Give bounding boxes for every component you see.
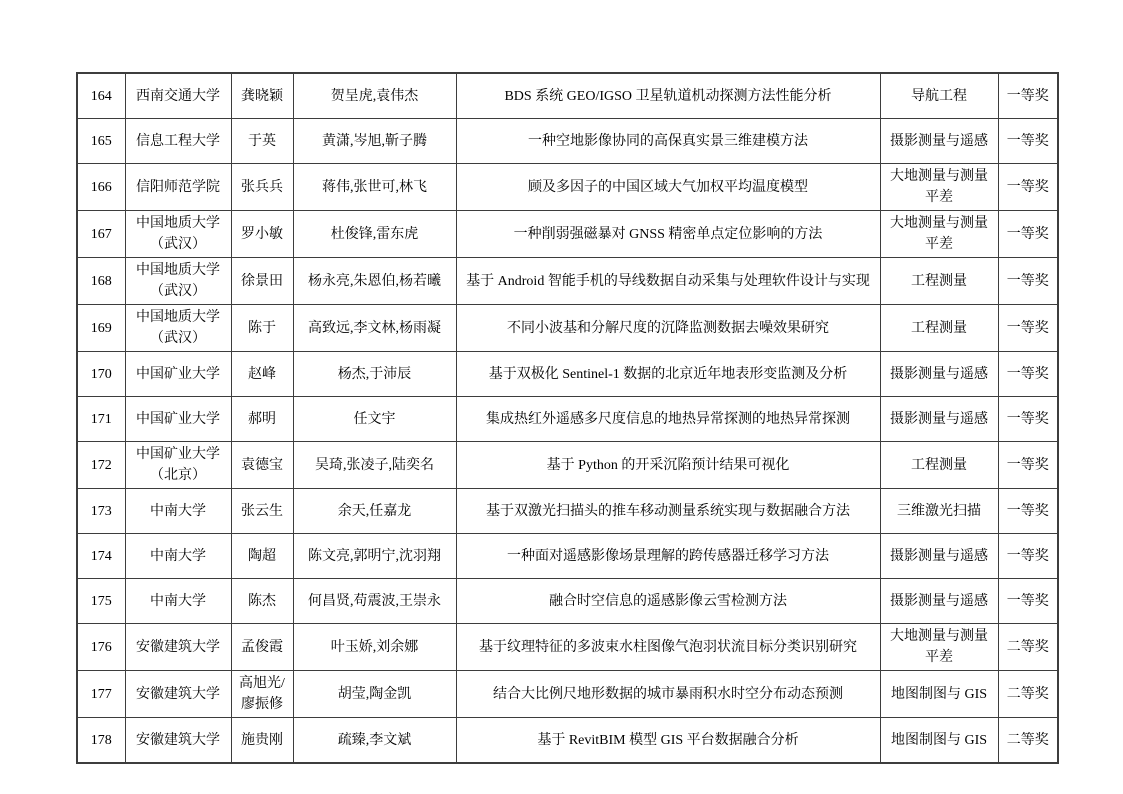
table-row: 175 中南大学 陈杰 何昌贤,苟震波,王崇永 融合时空信息的遥感影像云雪检测方… (77, 579, 1058, 624)
cell-award-level: 一等奖 (998, 442, 1058, 489)
cell-entry-number: 176 (77, 624, 125, 671)
cell-category: 摄影测量与遥感 (880, 352, 998, 397)
cell-university: 西南交通大学 (125, 73, 231, 119)
cell-category: 地图制图与 GIS (880, 671, 998, 718)
awards-table: 164 西南交通大学 龚晓颖 贺呈虎,袁伟杰 BDS 系统 GEO/IGSO 卫… (76, 72, 1059, 764)
cell-entry-number: 174 (77, 534, 125, 579)
cell-project-title: 集成热红外遥感多尺度信息的地热异常探测的地热异常探测 (456, 397, 880, 442)
table-row: 168 中国地质大学 （武汉） 徐景田 杨永亮,朱恩伯,杨若曦 基于 Andro… (77, 258, 1058, 305)
cell-award-level: 二等奖 (998, 718, 1058, 764)
cell-team-members: 贺呈虎,袁伟杰 (293, 73, 456, 119)
cell-team-members: 高致远,李文林,杨雨凝 (293, 305, 456, 352)
cell-university: 中南大学 (125, 489, 231, 534)
cell-project-title: 结合大比例尺地形数据的城市暴雨积水时空分布动态预测 (456, 671, 880, 718)
cell-category: 大地测量与测量 平差 (880, 624, 998, 671)
cell-team-members: 杨永亮,朱恩伯,杨若曦 (293, 258, 456, 305)
table-row: 166 信阳师范学院 张兵兵 蒋伟,张世可,林飞 顾及多因子的中国区域大气加权平… (77, 164, 1058, 211)
cell-project-title: 基于双激光扫描头的推车移动测量系统实现与数据融合方法 (456, 489, 880, 534)
cell-university: 中南大学 (125, 579, 231, 624)
cell-entry-number: 170 (77, 352, 125, 397)
cell-leader-name: 罗小敏 (231, 211, 293, 258)
cell-university: 安徽建筑大学 (125, 624, 231, 671)
cell-award-level: 一等奖 (998, 73, 1058, 119)
cell-leader-name: 龚晓颖 (231, 73, 293, 119)
cell-category: 工程测量 (880, 305, 998, 352)
cell-project-title: 基于 RevitBIM 模型 GIS 平台数据融合分析 (456, 718, 880, 764)
cell-leader-name: 高旭光/ 廖振修 (231, 671, 293, 718)
cell-entry-number: 172 (77, 442, 125, 489)
cell-award-level: 二等奖 (998, 624, 1058, 671)
cell-project-title: 不同小波基和分解尺度的沉降监测数据去噪效果研究 (456, 305, 880, 352)
cell-category: 地图制图与 GIS (880, 718, 998, 764)
awards-table-body: 164 西南交通大学 龚晓颖 贺呈虎,袁伟杰 BDS 系统 GEO/IGSO 卫… (77, 73, 1058, 763)
cell-award-level: 一等奖 (998, 305, 1058, 352)
cell-project-title: 一种面对遥感影像场景理解的跨传感器迁移学习方法 (456, 534, 880, 579)
cell-team-members: 吴琦,张凌子,陆奕名 (293, 442, 456, 489)
cell-category: 摄影测量与遥感 (880, 119, 998, 164)
cell-leader-name: 张云生 (231, 489, 293, 534)
cell-category: 导航工程 (880, 73, 998, 119)
cell-award-level: 二等奖 (998, 671, 1058, 718)
cell-university: 中国地质大学 （武汉） (125, 211, 231, 258)
cell-leader-name: 陈于 (231, 305, 293, 352)
table-row: 171 中国矿业大学 郝明 任文宇 集成热红外遥感多尺度信息的地热异常探测的地热… (77, 397, 1058, 442)
cell-project-title: 一种削弱强磁暴对 GNSS 精密单点定位影响的方法 (456, 211, 880, 258)
cell-leader-name: 于英 (231, 119, 293, 164)
cell-leader-name: 孟俊霞 (231, 624, 293, 671)
cell-entry-number: 167 (77, 211, 125, 258)
cell-leader-name: 施贵刚 (231, 718, 293, 764)
cell-award-level: 一等奖 (998, 579, 1058, 624)
cell-category: 摄影测量与遥感 (880, 579, 998, 624)
cell-leader-name: 赵峰 (231, 352, 293, 397)
cell-team-members: 杜俊锋,雷东虎 (293, 211, 456, 258)
cell-project-title: 基于双极化 Sentinel-1 数据的北京近年地表形变监测及分析 (456, 352, 880, 397)
cell-project-title: 一种空地影像协同的高保真实景三维建模方法 (456, 119, 880, 164)
table-row: 167 中国地质大学 （武汉） 罗小敏 杜俊锋,雷东虎 一种削弱强磁暴对 GNS… (77, 211, 1058, 258)
cell-entry-number: 164 (77, 73, 125, 119)
cell-category: 工程测量 (880, 442, 998, 489)
cell-university: 中国地质大学 （武汉） (125, 258, 231, 305)
cell-entry-number: 171 (77, 397, 125, 442)
cell-university: 信息工程大学 (125, 119, 231, 164)
cell-team-members: 黄潇,岑旭,靳子腾 (293, 119, 456, 164)
cell-team-members: 蒋伟,张世可,林飞 (293, 164, 456, 211)
cell-leader-name: 袁德宝 (231, 442, 293, 489)
cell-leader-name: 陶超 (231, 534, 293, 579)
table-row: 165 信息工程大学 于英 黄潇,岑旭,靳子腾 一种空地影像协同的高保真实景三维… (77, 119, 1058, 164)
cell-university: 安徽建筑大学 (125, 671, 231, 718)
table-row: 170 中国矿业大学 赵峰 杨杰,于沛辰 基于双极化 Sentinel-1 数据… (77, 352, 1058, 397)
cell-university: 中国矿业大学 (125, 352, 231, 397)
cell-project-title: 基于纹理特征的多波束水柱图像气泡羽状流目标分类识别研究 (456, 624, 880, 671)
cell-project-title: 基于 Python 的开采沉陷预计结果可视化 (456, 442, 880, 489)
cell-university: 信阳师范学院 (125, 164, 231, 211)
cell-entry-number: 168 (77, 258, 125, 305)
table-row: 174 中南大学 陶超 陈文亮,郭明宁,沈羽翔 一种面对遥感影像场景理解的跨传感… (77, 534, 1058, 579)
cell-entry-number: 169 (77, 305, 125, 352)
cell-leader-name: 徐景田 (231, 258, 293, 305)
table-row: 164 西南交通大学 龚晓颖 贺呈虎,袁伟杰 BDS 系统 GEO/IGSO 卫… (77, 73, 1058, 119)
cell-award-level: 一等奖 (998, 489, 1058, 534)
cell-project-title: 基于 Android 智能手机的导线数据自动采集与处理软件设计与实现 (456, 258, 880, 305)
cell-category: 摄影测量与遥感 (880, 534, 998, 579)
cell-project-title: 顾及多因子的中国区域大气加权平均温度模型 (456, 164, 880, 211)
table-row: 178 安徽建筑大学 施贵刚 疏臻,李文斌 基于 RevitBIM 模型 GIS… (77, 718, 1058, 764)
cell-entry-number: 178 (77, 718, 125, 764)
cell-team-members: 任文宇 (293, 397, 456, 442)
cell-leader-name: 郝明 (231, 397, 293, 442)
cell-team-members: 余天,任嘉龙 (293, 489, 456, 534)
table-row: 172 中国矿业大学 （北京） 袁德宝 吴琦,张凌子,陆奕名 基于 Python… (77, 442, 1058, 489)
cell-leader-name: 陈杰 (231, 579, 293, 624)
cell-team-members: 何昌贤,苟震波,王崇永 (293, 579, 456, 624)
cell-entry-number: 166 (77, 164, 125, 211)
table-row: 176 安徽建筑大学 孟俊霞 叶玉娇,刘余娜 基于纹理特征的多波束水柱图像气泡羽… (77, 624, 1058, 671)
cell-team-members: 杨杰,于沛辰 (293, 352, 456, 397)
cell-category: 三维激光扫描 (880, 489, 998, 534)
cell-award-level: 一等奖 (998, 164, 1058, 211)
cell-team-members: 胡莹,陶金凯 (293, 671, 456, 718)
cell-category: 大地测量与测量 平差 (880, 164, 998, 211)
table-row: 177 安徽建筑大学 高旭光/ 廖振修 胡莹,陶金凯 结合大比例尺地形数据的城市… (77, 671, 1058, 718)
cell-entry-number: 165 (77, 119, 125, 164)
cell-university: 中国矿业大学 (125, 397, 231, 442)
table-row: 173 中南大学 张云生 余天,任嘉龙 基于双激光扫描头的推车移动测量系统实现与… (77, 489, 1058, 534)
document-page: 164 西南交通大学 龚晓颖 贺呈虎,袁伟杰 BDS 系统 GEO/IGSO 卫… (0, 0, 1123, 794)
cell-award-level: 一等奖 (998, 534, 1058, 579)
cell-university: 中国地质大学 （武汉） (125, 305, 231, 352)
cell-university: 安徽建筑大学 (125, 718, 231, 764)
table-row: 169 中国地质大学 （武汉） 陈于 高致远,李文林,杨雨凝 不同小波基和分解尺… (77, 305, 1058, 352)
cell-award-level: 一等奖 (998, 119, 1058, 164)
cell-leader-name: 张兵兵 (231, 164, 293, 211)
cell-university: 中南大学 (125, 534, 231, 579)
cell-team-members: 陈文亮,郭明宁,沈羽翔 (293, 534, 456, 579)
cell-entry-number: 177 (77, 671, 125, 718)
cell-category: 摄影测量与遥感 (880, 397, 998, 442)
cell-team-members: 叶玉娇,刘余娜 (293, 624, 456, 671)
cell-award-level: 一等奖 (998, 352, 1058, 397)
cell-project-title: 融合时空信息的遥感影像云雪检测方法 (456, 579, 880, 624)
cell-university: 中国矿业大学 （北京） (125, 442, 231, 489)
cell-team-members: 疏臻,李文斌 (293, 718, 456, 764)
cell-entry-number: 173 (77, 489, 125, 534)
cell-award-level: 一等奖 (998, 397, 1058, 442)
cell-entry-number: 175 (77, 579, 125, 624)
cell-award-level: 一等奖 (998, 211, 1058, 258)
cell-award-level: 一等奖 (998, 258, 1058, 305)
cell-category: 大地测量与测量 平差 (880, 211, 998, 258)
cell-category: 工程测量 (880, 258, 998, 305)
cell-project-title: BDS 系统 GEO/IGSO 卫星轨道机动探测方法性能分析 (456, 73, 880, 119)
